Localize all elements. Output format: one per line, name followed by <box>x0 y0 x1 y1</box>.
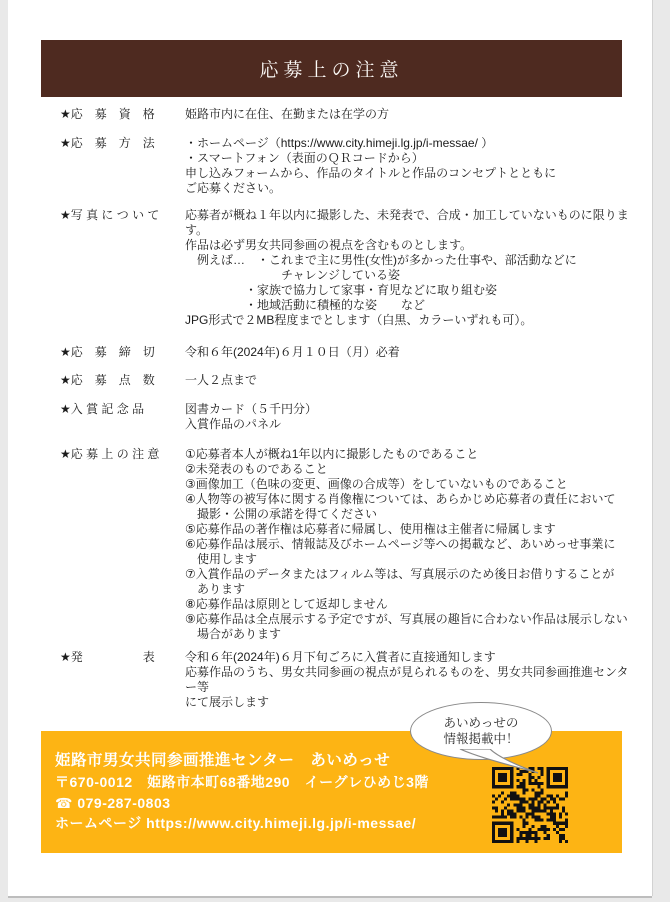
flyer-page: 応募上の注意 ★応 募 資 格 姫路市内に在住、在勤または在学の方 ★応 募 方… <box>8 0 652 896</box>
section-cautions: ★応 募 上 の 注 意 ①応募者本人が概ね1年以内に撮影したものであること ②… <box>60 447 632 642</box>
section-text: 図書カード（５千円分） 入賞作品のパネル <box>185 402 632 432</box>
notice-body: ★応 募 資 格 姫路市内に在住、在勤または在学の方 ★応 募 方 法 ・ホーム… <box>60 107 632 710</box>
section-prize: ★入 賞 記 念 品 図書カード（５千円分） 入賞作品のパネル <box>60 402 632 432</box>
section-text: 令和６年(2024年)６月下旬ごろに入賞者に直接通知します 応募作品のうち、男女… <box>185 650 632 710</box>
section-announcement: ★発 表 令和６年(2024年)６月下旬ごろに入賞者に直接通知します 応募作品の… <box>60 650 632 710</box>
section-text: 一人２点まで <box>185 373 632 388</box>
section-label: ★応 募 方 法 <box>60 136 185 151</box>
organization-name: 姫路市男女共同参画推進センター あいめっせ <box>55 750 429 772</box>
speech-bubble-text: あいめっせの 情報掲載中！ <box>443 715 518 747</box>
phone-number: 079-287-0803 <box>77 795 170 811</box>
section-label: ★応 募 締 切 <box>60 345 185 360</box>
section-label: ★応 募 資 格 <box>60 107 185 122</box>
section-text: ①応募者本人が概ね1年以内に撮影したものであること ②未発表のものであること ③… <box>185 447 632 642</box>
phone-line: ☎ 079-287-0803 <box>55 793 429 814</box>
section-text: 応募者が概ね１年以内に撮影した、未発表で、合成・加工していないものに限ります。 … <box>185 208 632 328</box>
speech-bubble-tail <box>446 749 542 775</box>
section-qualification: ★応 募 資 格 姫路市内に在住、在勤または在学の方 <box>60 107 632 122</box>
footer-contact: 姫路市男女共同参画推進センター あいめっせ 〒670-0012 姫路市本町68番… <box>55 750 429 834</box>
homepage-url: ホームページ https://www.city.himeji.lg.jp/i-m… <box>55 813 429 834</box>
qr-code-icon <box>492 767 568 843</box>
postal-address: 〒670-0012 姫路市本町68番地290 イーグレひめじ3階 <box>55 772 429 793</box>
phone-icon: ☎ <box>55 795 73 811</box>
section-label: ★写 真 に つ い て <box>60 208 185 223</box>
section-text: 姫路市内に在住、在勤または在学の方 <box>185 107 632 122</box>
section-method: ★応 募 方 法 ・ホームページ（https://www.city.himeji… <box>60 136 632 196</box>
section-deadline: ★応 募 締 切 令和６年(2024年)６月１０日（月）必着 <box>60 345 632 360</box>
section-label: ★発 表 <box>60 650 185 665</box>
section-entry-count: ★応 募 点 数 一人２点まで <box>60 373 632 388</box>
page-title: 応募上の注意 <box>259 55 403 82</box>
section-label: ★入 賞 記 念 品 <box>60 402 185 417</box>
section-text: ・ホームページ（https://www.city.himeji.lg.jp/i-… <box>185 136 632 196</box>
section-text: 令和６年(2024年)６月１０日（月）必着 <box>185 345 632 360</box>
section-photo: ★写 真 に つ い て 応募者が概ね１年以内に撮影した、未発表で、合成・加工し… <box>60 208 632 328</box>
section-label: ★応 募 上 の 注 意 <box>60 447 185 462</box>
title-band: 応募上の注意 <box>41 40 622 97</box>
section-label: ★応 募 点 数 <box>60 373 185 388</box>
